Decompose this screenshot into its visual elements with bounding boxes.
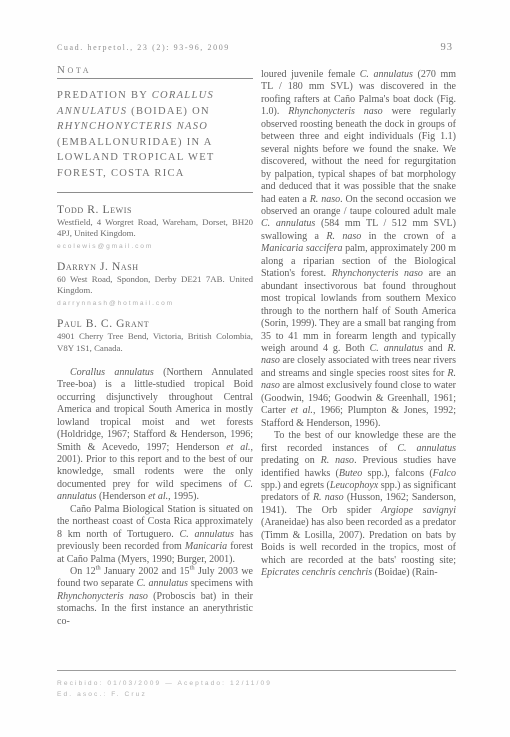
body-paragraph: To the best of our knowledge these are t… xyxy=(261,430,456,579)
author-address: 4901 Cherry Tree Bend, Victoria, British… xyxy=(57,331,253,353)
paper-page: Cuad. herpetol., 23 (2): 93-96, 2009 93 … xyxy=(0,0,510,737)
author-email: ecolewis@gmail.com xyxy=(57,243,253,250)
right-column: loured juvenile female C. annulatus (270… xyxy=(261,69,456,580)
body-paragraph: On 12th January 2002 and 15th July 2003 … xyxy=(57,566,253,628)
footer-received-accepted: Recibido: 01/03/2009 — Aceptado: 12/11/0… xyxy=(57,678,456,689)
author-block-grant: Paul B. C. Grant 4901 Cherry Tree Bend, … xyxy=(57,318,253,353)
author-block-nash: Darryn J. Nash 60 West Road, Spondon, De… xyxy=(57,261,253,307)
left-column: Nota PREDATION BY CORALLUS ANNULATUS (BO… xyxy=(57,64,253,628)
author-address: 60 West Road, Spondon, Derby DE21 7AB. U… xyxy=(57,274,253,296)
author-address: Westfield, 4 Worgret Road, Wareham, Dors… xyxy=(57,217,253,239)
page-header: Cuad. herpetol., 23 (2): 93-96, 2009 93 xyxy=(57,42,453,53)
body-paragraph: loured juvenile female C. annulatus (270… xyxy=(261,69,456,430)
body-paragraph: Caño Palma Biological Station is situate… xyxy=(57,504,253,566)
article-title: PREDATION BY CORALLUS ANNULATUS (BOIDAE)… xyxy=(57,88,253,193)
section-label: Nota xyxy=(57,64,253,79)
author-email: darrynnash@hotmail.com xyxy=(57,300,253,307)
author-block-lewis: Todd R. Lewis Westfield, 4 Worgret Road,… xyxy=(57,204,253,250)
author-name: Paul B. C. Grant xyxy=(57,318,253,330)
footer-editor: Ed. asoc.: F. Cruz xyxy=(57,689,456,700)
author-name: Todd R. Lewis xyxy=(57,204,253,216)
body-paragraph: Corallus annulatus (Northern Annulated T… xyxy=(57,367,253,504)
author-name: Darryn J. Nash xyxy=(57,261,253,273)
journal-citation: Cuad. herpetol., 23 (2): 93-96, 2009 xyxy=(57,43,230,52)
page-footer: Recibido: 01/03/2009 — Aceptado: 12/11/0… xyxy=(57,670,456,700)
page-number: 93 xyxy=(441,42,454,53)
